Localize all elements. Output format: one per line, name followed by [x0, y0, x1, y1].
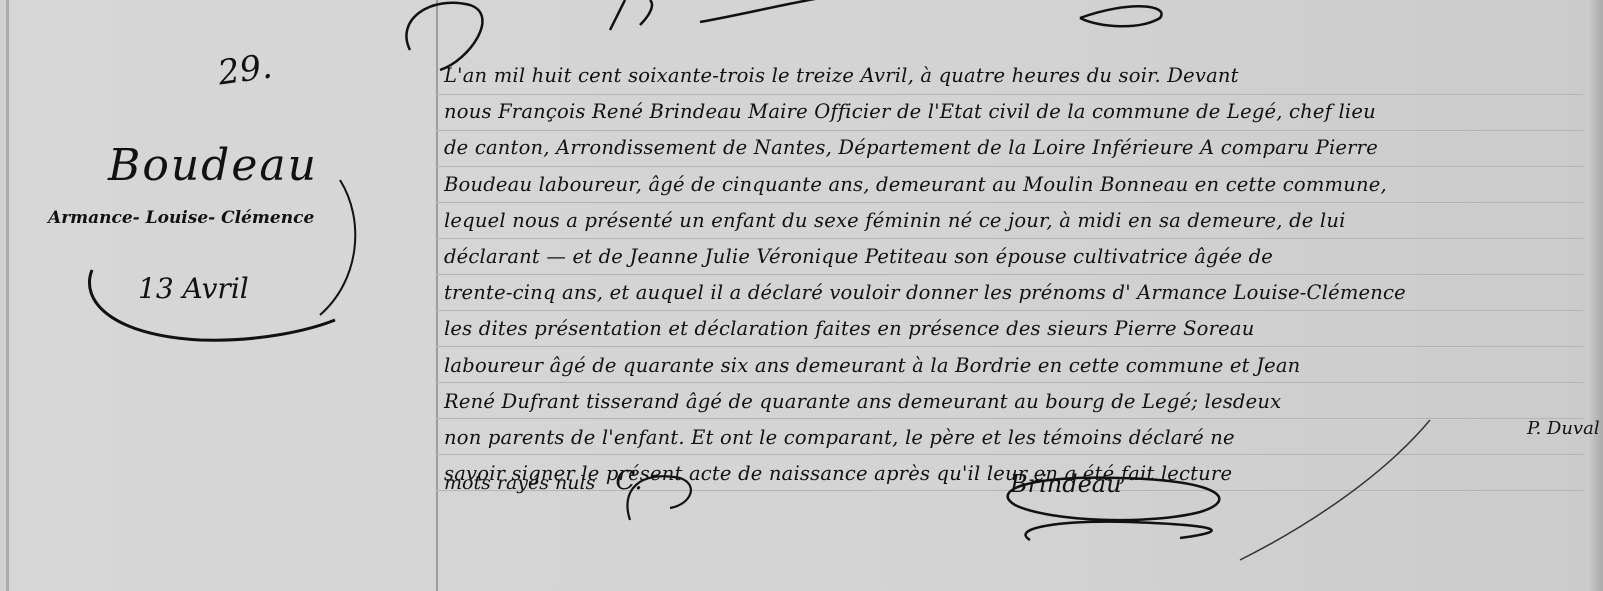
approval-note: mots rayés nuls C. [444, 466, 643, 496]
body-line: Boudeau laboureur, âgé de cinquante ans,… [444, 167, 1579, 203]
body-line: laboureur âgé de quarante six ans demeur… [444, 348, 1579, 384]
clerk-signature: P. Duval [1527, 418, 1600, 439]
body-line: René Dufrant tisserand âgé de quarante a… [444, 384, 1579, 420]
margin-date: 13 Avril [138, 272, 249, 305]
body-line: nous François René Brindeau Maire Offici… [444, 94, 1579, 130]
act-number: 29. [215, 46, 274, 93]
body-line: L'an mil huit cent soixante-trois le tre… [444, 58, 1579, 94]
register-page: 29. Boudeau Armance- Louise- Clémence 13… [0, 0, 1603, 591]
child-surname: Boudeau [108, 140, 318, 191]
body-line: de canton, Arrondissement de Nantes, Dép… [444, 130, 1579, 166]
body-line: les dites présentation et déclaration fa… [444, 311, 1579, 347]
body-line: lequel nous a présenté un enfant du sexe… [444, 203, 1579, 239]
act-body: L'an mil huit cent soixante-trois le tre… [444, 58, 1579, 492]
mayor-signature: Brindeau [1010, 470, 1122, 498]
initial-mark: C. [615, 466, 642, 496]
child-given-names: Armance- Louise- Clémence [48, 208, 388, 228]
body-line: trente-cinq ans, et auquel il a déclaré … [444, 275, 1579, 311]
approval-note-text: mots rayés nuls [444, 472, 595, 494]
body-line: non parents de l'enfant. Et ont le compa… [444, 420, 1579, 456]
body-line: déclarant — et de Jeanne Julie Véronique… [444, 239, 1579, 275]
margin-annotation: 29. Boudeau Armance- Louise- Clémence 13… [20, 0, 430, 360]
